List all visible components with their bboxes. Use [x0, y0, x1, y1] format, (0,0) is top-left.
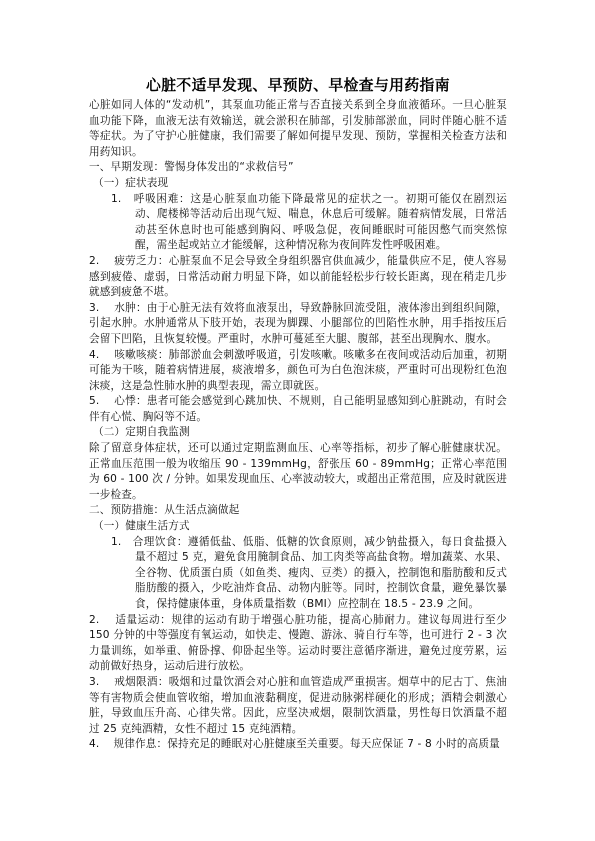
list-text: 水肿：由于心脏无法有效将血液泵出，导致静脉回流受阻，液体渗出到组织间隙，引起水肿…: [89, 302, 507, 345]
list-text: 合理饮食：遵循低盐、低脂、低糖的饮食原则，减少钠盐摄入，每日食盐摄入量不超过 5…: [133, 536, 507, 610]
list-item-exercise: 2. 适量运动：规律的运动有助于增强心脏功能，提高心肺耐力。建议每周进行至少 1…: [89, 613, 507, 675]
subsection-heading-self-monitoring: （二）定期自我监测: [89, 425, 507, 441]
list-text: 呼吸困难：这是心脏泵血功能下降最常见的症状之一。初期可能仅在剧烈运动、爬楼梯等活…: [134, 193, 507, 252]
list-item-sleep: 4. 规律作息：保持充足的睡眠对心脏健康至关重要。每天应保证 7 - 8 小时的…: [89, 737, 507, 753]
document-page: 心脏不适早发现、早预防、早检查与用药指南 心脏如同人体的“发动机”，其泵血功能正…: [89, 76, 507, 753]
list-item-palpitation: 5. 心悸：患者可能会感觉到心跳加快、不规则，自己能明显感知到心脏跳动，有时会伴…: [89, 394, 507, 425]
list-number: 1.: [111, 536, 121, 548]
list-number: 1.: [111, 193, 121, 205]
subsection-heading-lifestyle: （一）健康生活方式: [89, 519, 507, 535]
list-item-diet: 1. 合理饮食：遵循低盐、低脂、低糖的饮食原则，减少钠盐摄入，每日食盐摄入量不超…: [89, 535, 507, 613]
list-number: 5.: [89, 395, 99, 407]
list-number: 2.: [89, 614, 99, 626]
document-title: 心脏不适早发现、早预防、早检查与用药指南: [89, 76, 507, 96]
list-number: 4.: [89, 349, 99, 361]
subsection-heading-symptoms: （一）症状表现: [89, 176, 507, 192]
list-text: 适量运动：规律的运动有助于增强心脏功能，提高心肺耐力。建议每周进行至少 150 …: [89, 614, 507, 673]
list-text: 戒烟限酒：吸烟和过量饮酒会对心脏和血管造成严重损害。烟草中的尼古丁、焦油等有害物…: [89, 676, 507, 735]
list-text: 心悸：患者可能会感觉到心跳加快、不规则，自己能明显感知到心脏跳动，有时会伴有心慌…: [89, 395, 507, 423]
list-number: 3.: [89, 302, 99, 314]
self-monitoring-paragraph: 除了留意身体症状，还可以通过定期监测血压、心率等指标，初步了解心脏健康状况。正常…: [89, 441, 507, 503]
list-number: 4.: [89, 738, 99, 750]
list-item-cough: 4. 咳嗽咳痰：肺部淤血会刺激呼吸道，引发咳嗽。咳嗽多在夜间或活动后加重，初期可…: [89, 348, 507, 395]
list-item-dyspnea: 1. 呼吸困难：这是心脏泵血功能下降最常见的症状之一。初期可能仅在剧烈运动、爬楼…: [89, 192, 507, 254]
list-item-fatigue: 2. 疲劳乏力：心脏泵血不足会导致全身组织器官供血减少，能量供应不足，使人容易感…: [89, 254, 507, 301]
section-heading-prevention: 二、预防措施：从生活点滴做起: [89, 503, 507, 519]
list-text: 规律作息：保持充足的睡眠对心脏健康至关重要。每天应保证 7 - 8 小时的高质量: [114, 738, 500, 750]
list-text: 疲劳乏力：心脏泵血不足会导致全身组织器官供血减少，能量供应不足，使人容易感到疲倦…: [89, 255, 507, 298]
list-number: 2.: [89, 255, 99, 267]
list-number: 3.: [89, 676, 99, 688]
intro-paragraph: 心脏如同人体的“发动机”，其泵血功能正常与否直接关系到全身血液循环。一旦心脏泵血…: [89, 98, 507, 160]
list-text: 咳嗽咳痰：肺部淤血会刺激呼吸道，引发咳嗽。咳嗽多在夜间或活动后加重，初期可能为干…: [89, 349, 507, 392]
list-item-smoking-drinking: 3. 戒烟限酒：吸烟和过量饮酒会对心脏和血管造成严重损害。烟草中的尼古丁、焦油等…: [89, 675, 507, 737]
section-heading-early-detection: 一、早期发现：警惕身体发出的“求救信号”: [89, 160, 507, 176]
list-item-edema: 3. 水肿：由于心脏无法有效将血液泵出，导致静脉回流受阻，液体渗出到组织间隙，引…: [89, 301, 507, 348]
